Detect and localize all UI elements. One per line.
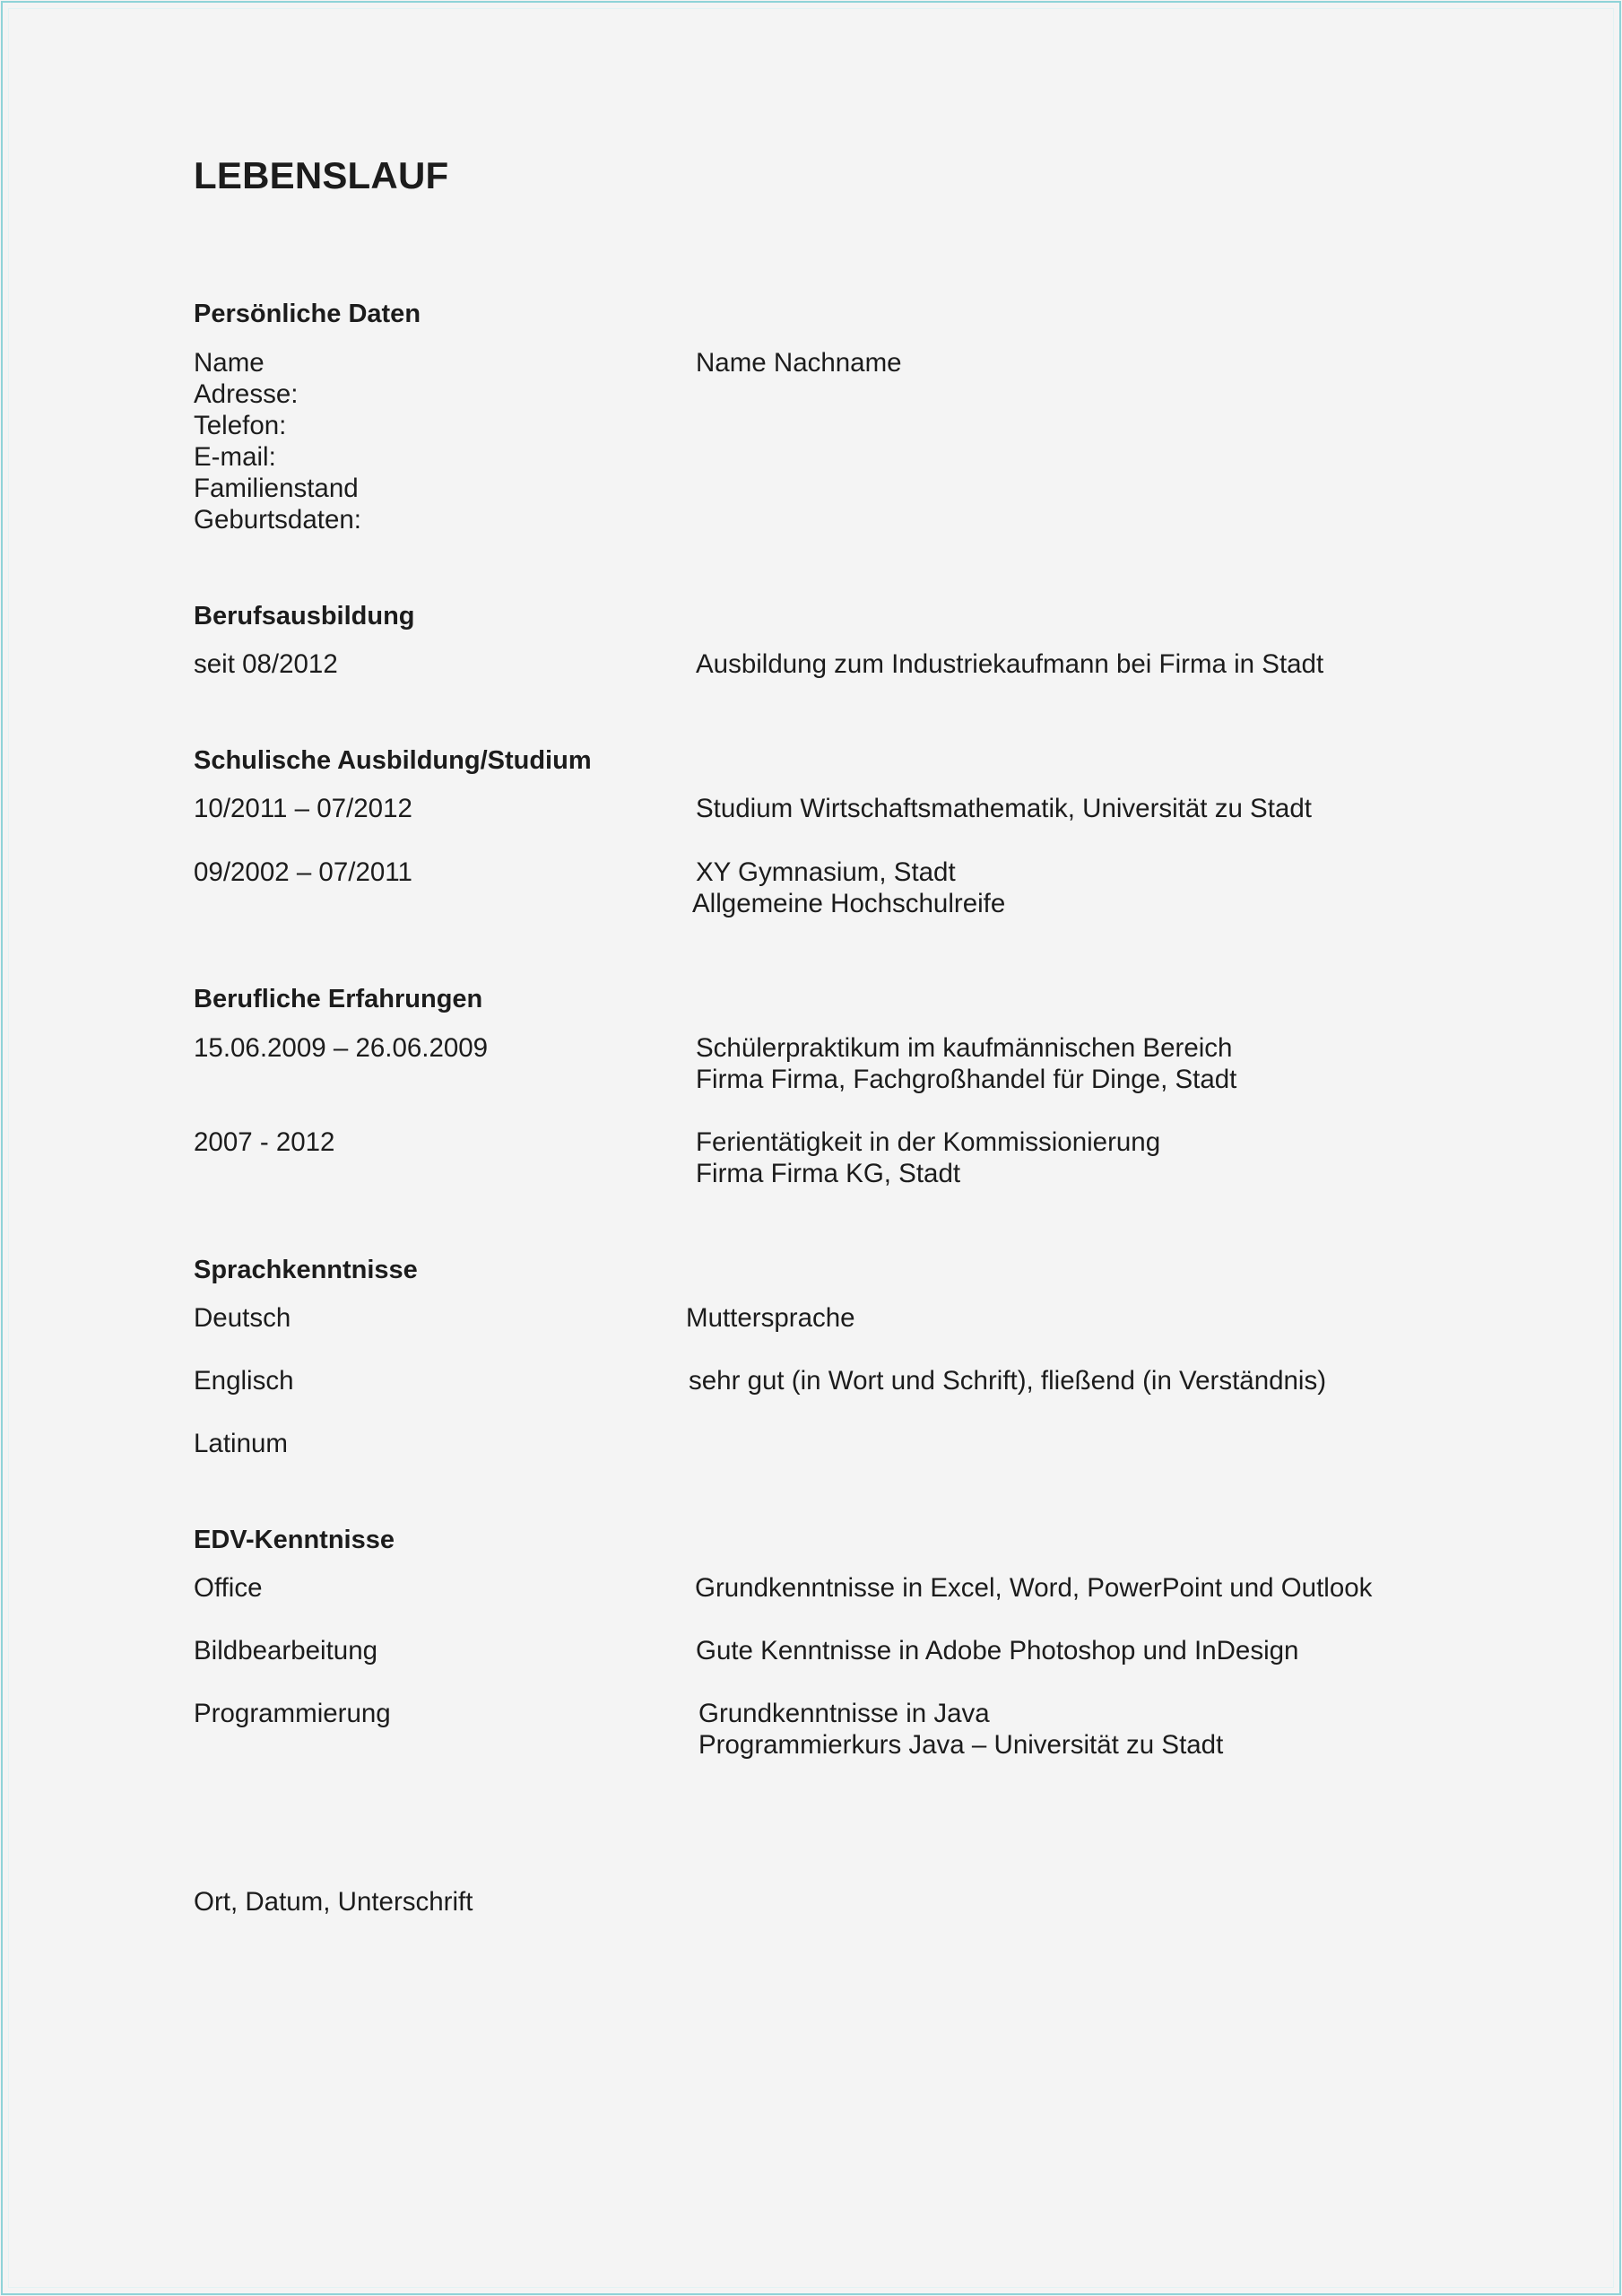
experience-1-line2: Firma Firma, Fachgroßhandel für Dinge, S… [696, 1064, 1236, 1095]
section-heading-languages: Sprachkenntnisse [194, 1255, 418, 1286]
it-skill-3-line2: Programmierkurs Java – Universität zu St… [698, 1729, 1223, 1761]
experience-2-line2: Firma Firma KG, Stadt [696, 1158, 1160, 1189]
section-heading-experience: Berufliche Erfahrungen [194, 984, 482, 1015]
experience-period-1: 15.06.2009 – 26.06.2009 [194, 1032, 488, 1064]
experience-description-2: Ferientätigkeit in der Kommissionierung … [696, 1126, 1160, 1189]
experience-description-1: Schülerpraktikum im kaufmännischen Berei… [696, 1032, 1236, 1095]
language-1-level: Muttersprache [686, 1302, 855, 1334]
it-skill-3-line1: Grundkenntnisse in Java [698, 1698, 1223, 1729]
language-3: Latinum [194, 1428, 288, 1459]
language-2-level: sehr gut (in Wort und Schrift), fließend… [689, 1365, 1326, 1396]
label-phone: Telefon: [194, 410, 361, 441]
label-marital-status: Familienstand [194, 473, 361, 504]
it-skill-area-3: Programmierung [194, 1698, 391, 1729]
resume-page: LEBENSLAUF Persönliche Daten Name Adress… [0, 0, 1622, 2296]
personal-labels: Name Adresse: Telefon: E-mail: Familiens… [194, 347, 361, 535]
section-heading-it-skills: EDV-Kenntnisse [194, 1525, 395, 1556]
label-name: Name [194, 347, 361, 378]
section-heading-education: Schulische Ausbildung/Studium [194, 745, 592, 777]
education-period-2: 09/2002 – 07/2011 [194, 857, 412, 888]
signature-line: Ort, Datum, Unterschrift [194, 1886, 473, 1918]
section-heading-vocational: Berufsausbildung [194, 601, 415, 632]
section-heading-personal: Persönliche Daten [194, 299, 421, 330]
language-1: Deutsch [194, 1302, 291, 1334]
label-birth-data: Geburtsdaten: [194, 504, 361, 535]
value-name: Name Nachname [696, 347, 902, 378]
it-skill-area-1: Office [194, 1572, 263, 1604]
label-address: Adresse: [194, 378, 361, 410]
vocational-description: Ausbildung zum Industriekaufmann bei Fir… [696, 648, 1323, 680]
it-skill-description-3: Grundkenntnisse in Java Programmierkurs … [698, 1698, 1223, 1761]
experience-2-line1: Ferientätigkeit in der Kommissionierung [696, 1126, 1160, 1158]
language-2: Englisch [194, 1365, 294, 1396]
experience-period-2: 2007 - 2012 [194, 1126, 334, 1158]
education-description-2-line1: XY Gymnasium, Stadt [696, 857, 956, 888]
it-skill-area-2: Bildbearbeitung [194, 1635, 377, 1666]
education-period-1: 10/2011 – 07/2012 [194, 793, 412, 824]
document-title: LEBENSLAUF [194, 154, 448, 197]
label-email: E-mail: [194, 441, 361, 473]
it-skill-description-2: Gute Kenntnisse in Adobe Photoshop und I… [696, 1635, 1298, 1666]
experience-1-line1: Schülerpraktikum im kaufmännischen Berei… [696, 1032, 1236, 1064]
vocational-period: seit 08/2012 [194, 648, 338, 680]
education-description-1: Studium Wirtschaftsmathematik, Universit… [696, 793, 1312, 824]
it-skill-description-1: Grundkenntnisse in Excel, Word, PowerPoi… [695, 1572, 1372, 1604]
education-description-2-line2: Allgemeine Hochschulreife [692, 888, 1005, 919]
